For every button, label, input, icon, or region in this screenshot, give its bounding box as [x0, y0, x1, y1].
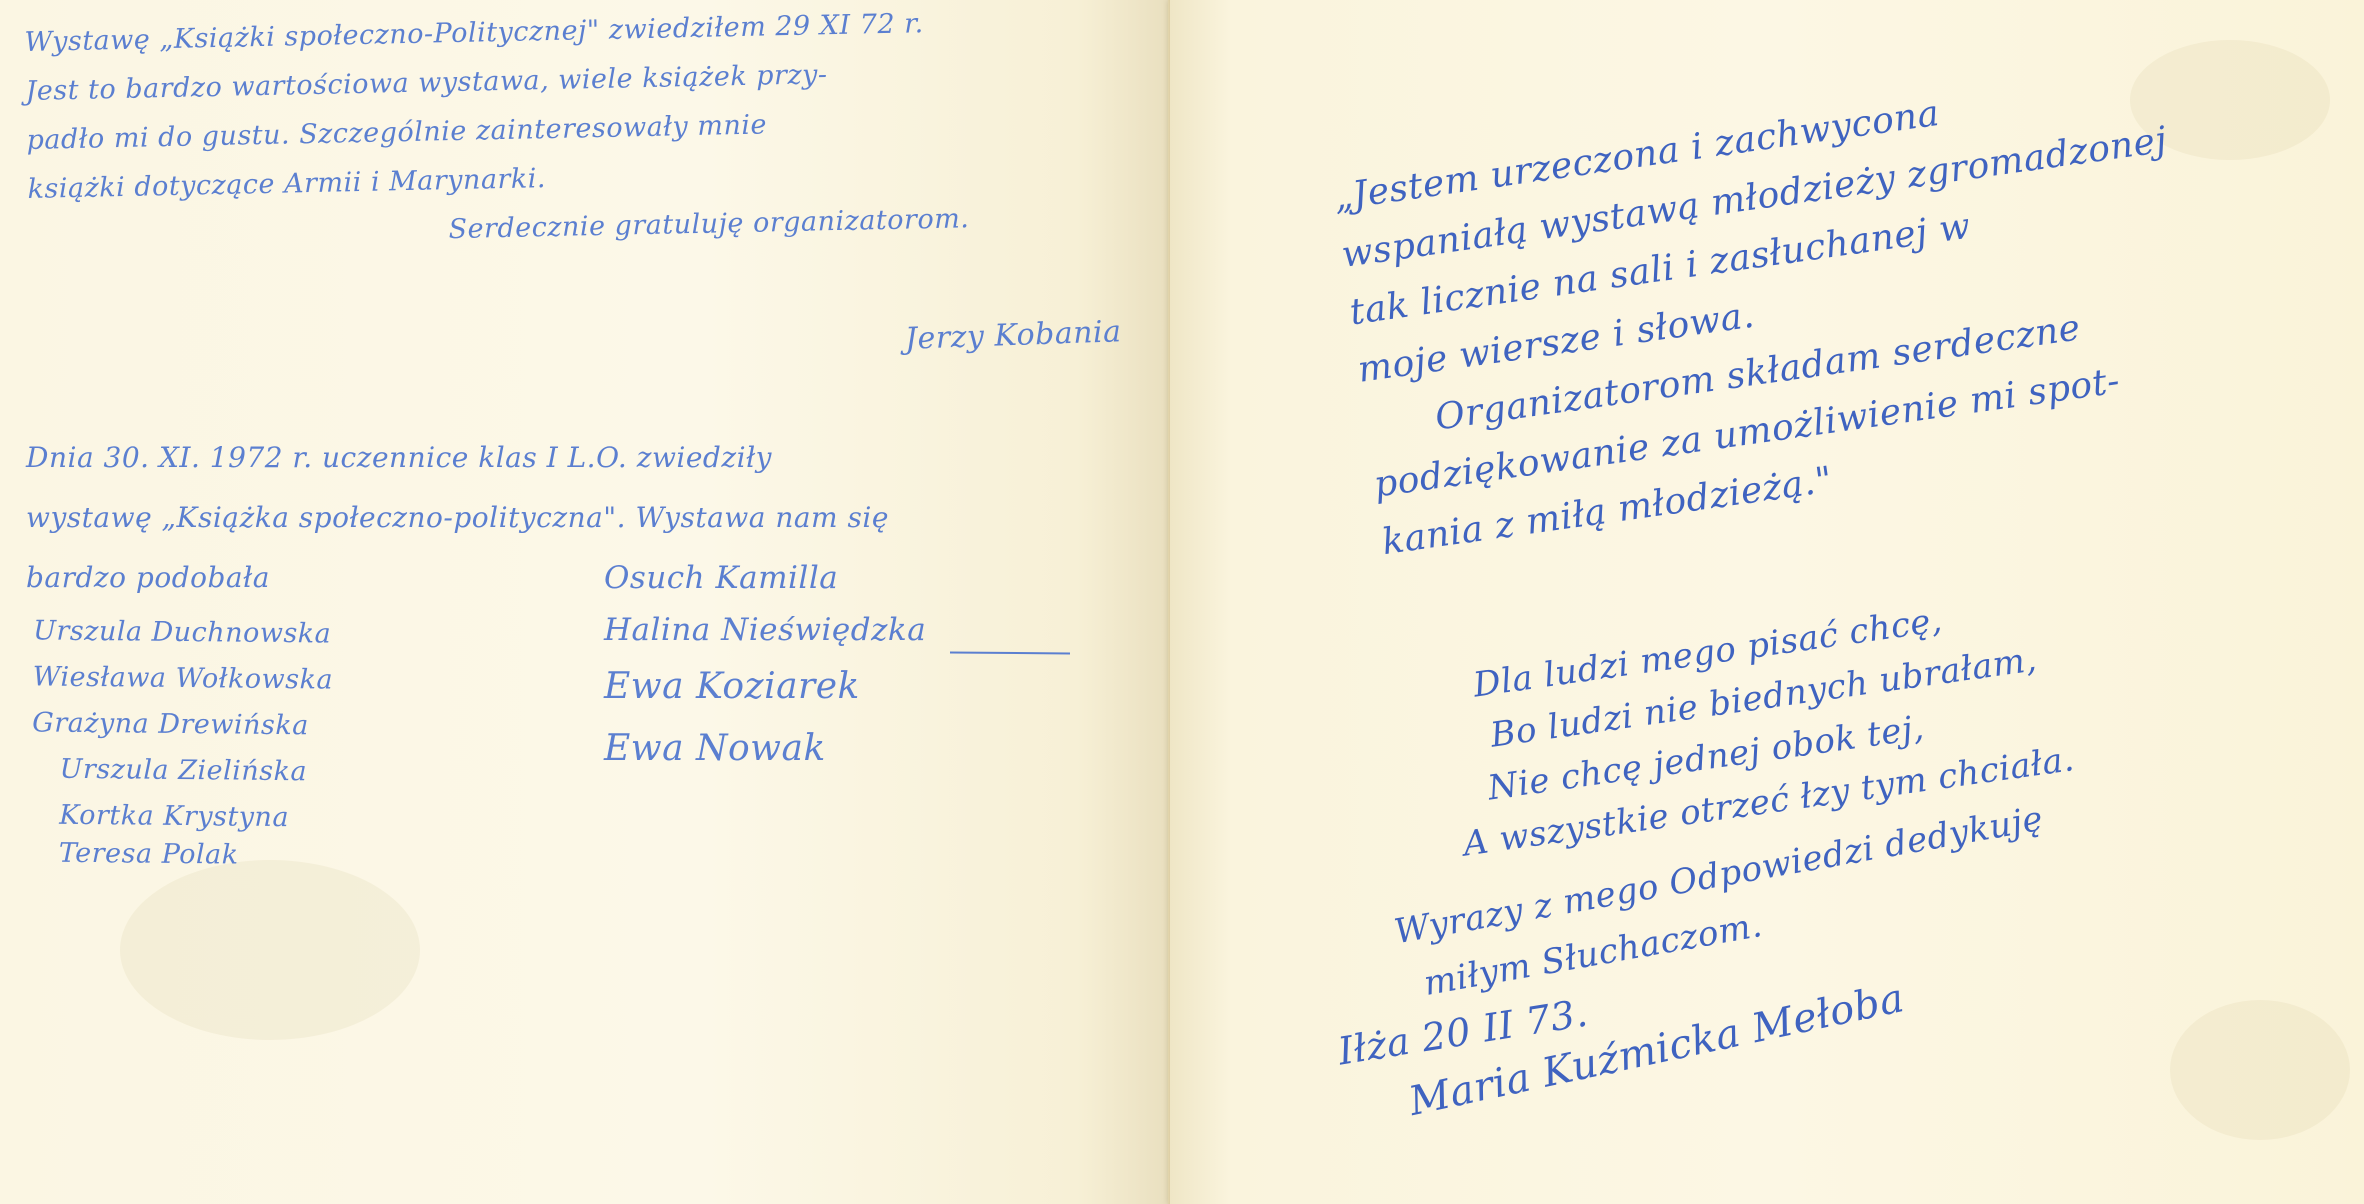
student-signatures-column-2: Osuch Kamilla Halina Nieświędzka Ewa Koz… [604, 552, 926, 780]
left-page: Wystawę „Książki społeczno-Politycznej" … [0, 0, 1170, 1204]
student-signature: Wiesława Wołkowska [32, 654, 333, 703]
student-signature: Ewa Nowak [604, 718, 926, 780]
student-signature: Halina Nieświędzka [604, 604, 926, 656]
student-signature: Urszula Duchnowska [33, 608, 334, 657]
signature-jerzy: Jerzy Kobania [904, 314, 1122, 357]
entry-line: Dnia 30. XI. 1972 r. uczennice klas I L.… [26, 428, 889, 488]
exhibition-entry-1: Wystawę „Książki społeczno-Politycznej" … [24, 0, 970, 263]
guestbook-spread: Wystawę „Książki społeczno-Politycznej" … [0, 0, 2364, 1204]
signature-flourish [950, 651, 1070, 654]
student-signature: Grażyna Drewińska [32, 700, 333, 749]
student-signatures-column-1: Urszula Duchnowska Wiesława Wołkowska Gr… [31, 608, 334, 879]
student-signature: Urszula Zielińska [31, 746, 332, 795]
entry-line: wystawę „Książka społeczno-polityczna". … [26, 488, 889, 548]
paper-stain [2170, 1000, 2350, 1140]
paper-stain [120, 860, 420, 1040]
student-signature: Osuch Kamilla [604, 552, 926, 604]
student-signature: Ewa Koziarek [604, 656, 926, 718]
